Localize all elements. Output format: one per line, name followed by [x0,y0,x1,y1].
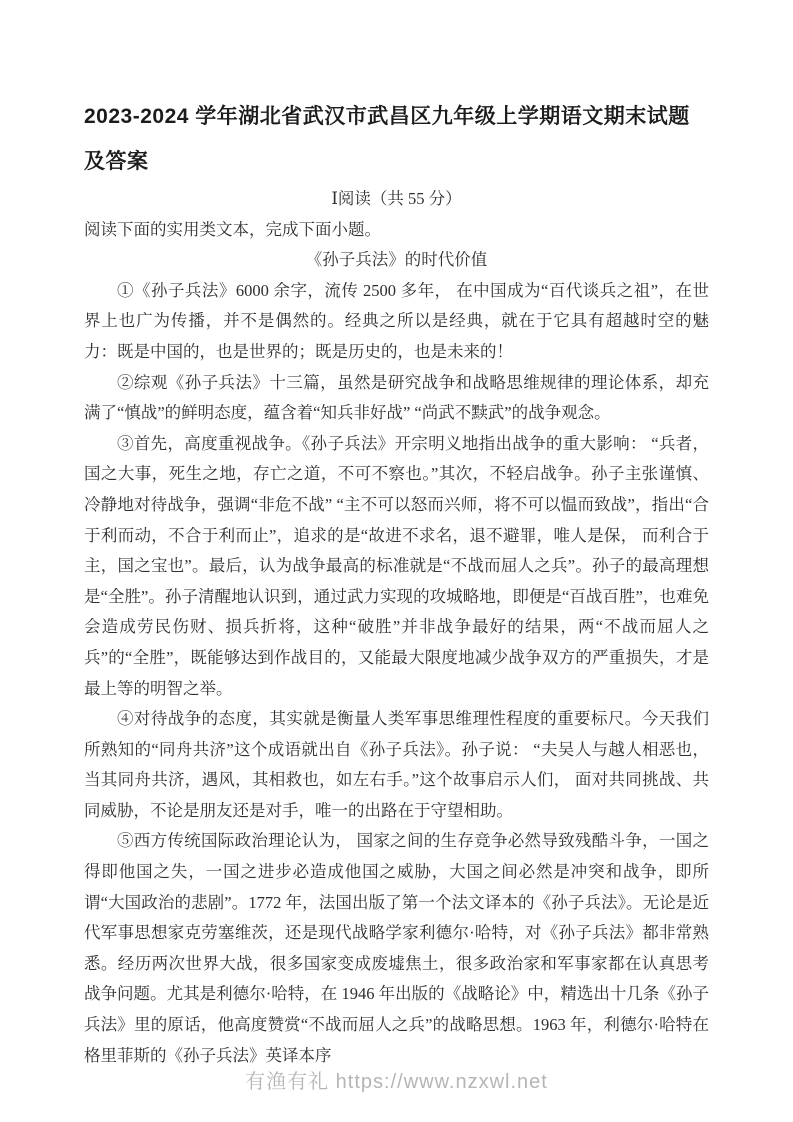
watermark-text: 有渔有礼 https://www.nzxwl.net [245,1071,548,1093]
watermark-footer: 有渔有礼 https://www.nzxwl.net [0,1065,793,1094]
reading-instruction: 阅读下面的实用类文本，完成下面小题。 [84,215,709,246]
document-title: 2023-2024 学年湖北省武汉市武昌区九年级上学期语文期末试题及答案 [84,94,709,184]
document-content: 2023-2024 学年湖北省武汉市武昌区九年级上学期语文期末试题及答案 Ⅰ阅读… [0,0,793,1071]
article-paragraph-5: ⑤西方传统国际政治理论认为， 国家之间的生存竞争必然导致残酷斗争，一国之得即他国… [84,826,709,1071]
article-paragraph-1: ①《孙子兵法》6000 余字，流传 2500 多年， 在中国成为“百代谈兵之祖”… [84,276,709,368]
article-paragraph-4: ④对待战争的态度，其实就是衡量人类军事思维理性程度的重要标尺。今天我们所熟知的“… [84,704,709,826]
section-heading-reading: Ⅰ阅读（共 55 分） [84,184,709,215]
article-title: 《孙子兵法》的时代价值 [84,245,709,276]
article-paragraph-2: ②综观《孙子兵法》十三篇，虽然是研究战争和战略思维规律的理论体系，却充满了“慎战… [84,368,709,429]
article-paragraph-3: ③首先，高度重视战争。《孙子兵法》开宗明义地指出战争的重大影响： “兵者，国之大… [84,429,709,704]
document-page: 2023-2024 学年湖北省武汉市武昌区九年级上学期语文期末试题及答案 Ⅰ阅读… [0,0,793,1122]
